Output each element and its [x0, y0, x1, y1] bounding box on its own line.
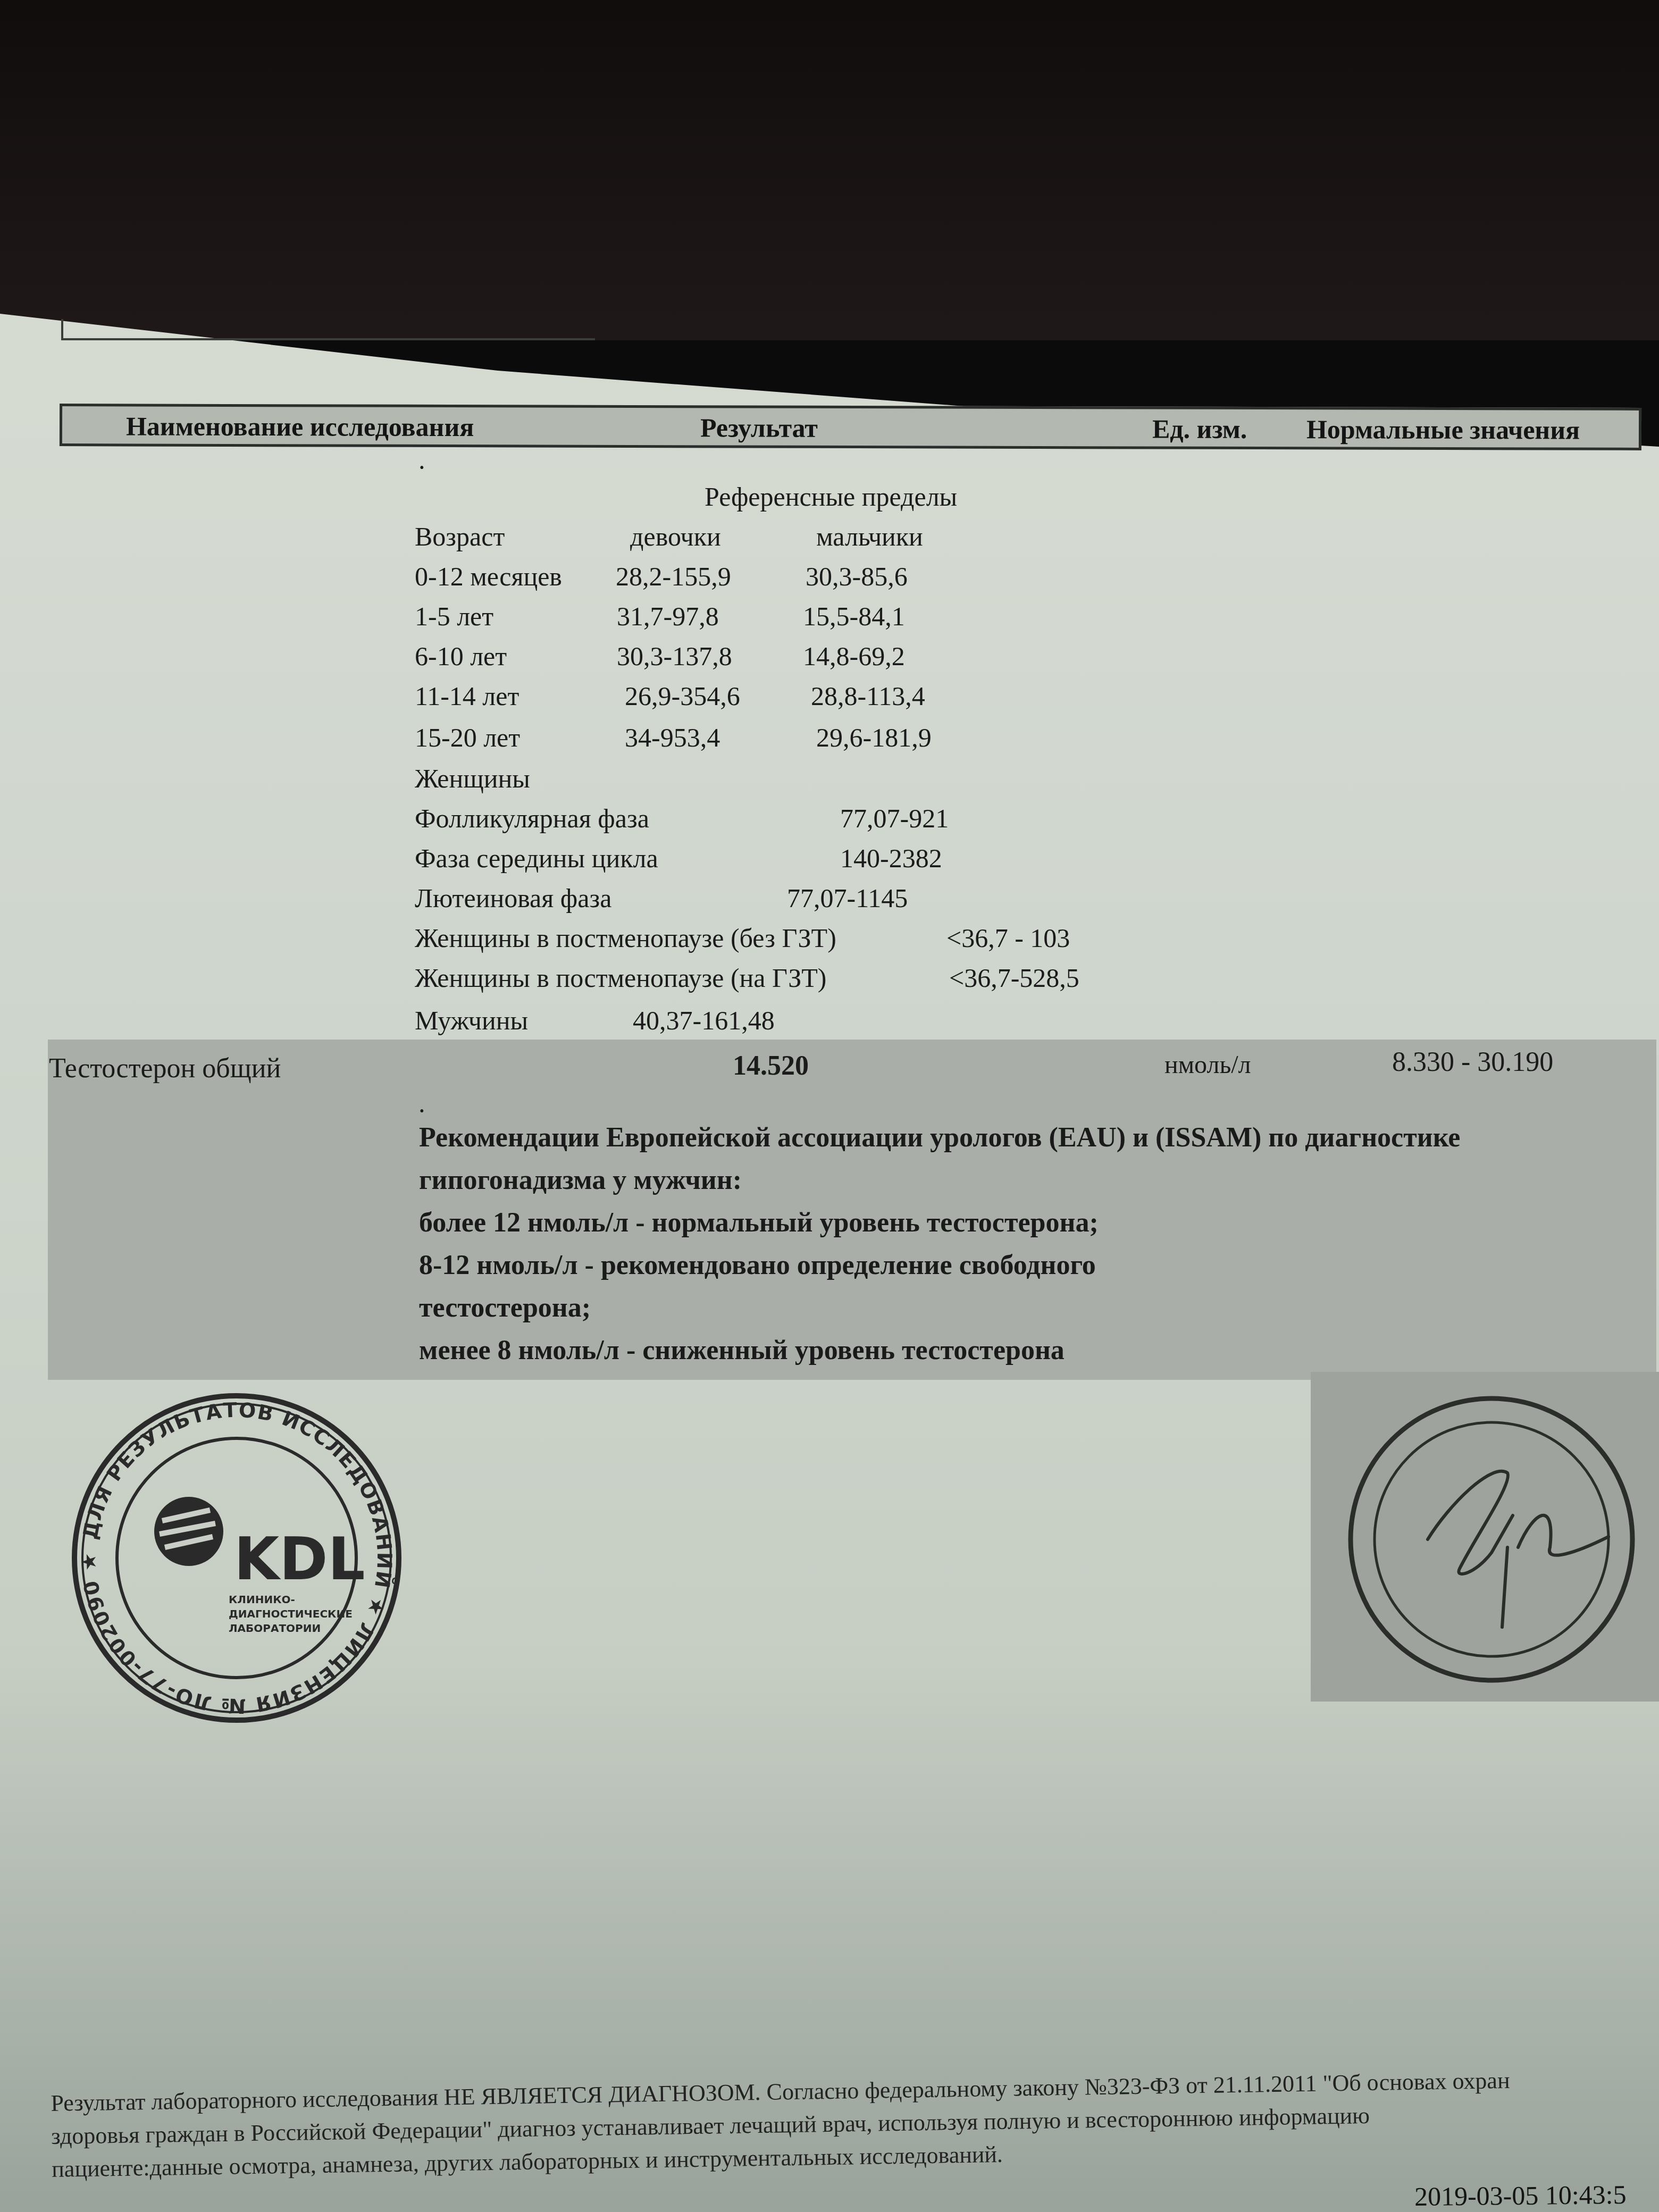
header-result: Результат [700, 412, 818, 443]
header-normal: Нормальные значения [1306, 414, 1580, 445]
print-datetime: 2019-03-05 10:43:5 [1414, 2179, 1627, 2212]
test-result: 14.520 [733, 1050, 809, 1082]
signature-icon [1428, 1471, 1608, 1627]
svg-text:КЛИНИКО-: КЛИНИКО- [229, 1593, 295, 1606]
age-label: 0-12 месяцев [415, 561, 562, 592]
column-age: Возраст [415, 521, 505, 552]
header-unit: Ед. изм. [1152, 413, 1247, 444]
recommendation-line: 8-12 нмоль/л - рекомендовано определение… [419, 1250, 1096, 1281]
column-boys: мальчики [816, 521, 923, 552]
phase-label: Фаза середины цикла [415, 843, 658, 874]
age-label: 15-20 лет [415, 722, 520, 753]
boys-range: 30,3-85,6 [806, 561, 908, 592]
phase-range: <36,7 - 103 [946, 923, 1070, 953]
stamp-logo-text: KDL [234, 1525, 365, 1593]
test-name: Тестостерон общий [49, 1053, 281, 1084]
recommendation-line: тестостерона; [419, 1292, 591, 1323]
girls-range: 34-953,4 [625, 722, 720, 753]
girls-range: 31,7-97,8 [617, 601, 719, 632]
column-girls: девочки [630, 521, 721, 552]
dark-background [0, 0, 1659, 340]
test-unit: нмоль/л [1164, 1050, 1251, 1079]
header-name: Наименование исследования [126, 410, 474, 442]
dot-mark: · [417, 452, 426, 483]
table-header: Наименование исследования Результат Ед. … [60, 404, 1641, 450]
svg-text:ДИАГНОСТИЧЕСКИЕ: ДИАГНОСТИЧЕСКИЕ [229, 1607, 353, 1620]
phase-label: Лютеиновая фаза [415, 883, 611, 914]
recommendation-line: гипогонадизма у мужчин: [419, 1164, 742, 1196]
men-label: Мужчины [415, 1005, 528, 1036]
phase-range: 77,07-921 [840, 803, 949, 834]
kdl-logo-icon [154, 1497, 223, 1566]
boys-range: 14,8-69,2 [803, 641, 905, 672]
phase-range: <36,7-528,5 [949, 962, 1079, 993]
recommendation-line: более 12 нмоль/л - нормальный уровень те… [419, 1207, 1099, 1238]
boys-range: 28,8-113,4 [811, 681, 925, 711]
phase-label: Женщины в постменопаузе (без ГЗТ) [415, 923, 836, 953]
boys-range: 29,6-181,9 [816, 722, 932, 753]
recommendation-line: менее 8 нмоль/л - сниженный уровень тест… [419, 1335, 1065, 1366]
kdl-stamp: ДЛЯ РЕЗУЛЬТАТОВ ИССЛЕДОВАНИЙ ★ ЛИЦЕНЗИЯ … [58, 1388, 415, 1728]
boys-range: 15,5-84,1 [803, 601, 905, 632]
age-label: 1-5 лет [415, 601, 493, 632]
previous-table-border [61, 319, 595, 340]
girls-range: 30,3-137,8 [617, 641, 732, 672]
phase-label: Фолликулярная фаза [415, 803, 649, 834]
phase-range: 140-2382 [840, 843, 942, 874]
men-range: 40,37-161,48 [633, 1005, 775, 1036]
women-heading: Женщины [415, 763, 530, 794]
test-normal-range: 8.330 - 30.190 [1392, 1046, 1553, 1078]
phase-range: 77,07-1145 [787, 883, 908, 914]
age-label: 11-14 лет [415, 681, 519, 711]
recommendation-line: Рекомендации Европейской ассоциации урол… [419, 1122, 1460, 1153]
reference-title: Референсные пределы [705, 481, 957, 512]
phase-label: Женщины в постменопаузе (на ГЗТ) [415, 962, 826, 993]
girls-range: 26,9-354,6 [625, 681, 740, 711]
girls-range: 28,2-155,9 [616, 561, 731, 592]
age-label: 6-10 лет [415, 641, 507, 672]
svg-text:ЛАБОРАТОРИИ: ЛАБОРАТОРИИ [229, 1622, 321, 1635]
signature-stamp [1332, 1377, 1651, 1696]
